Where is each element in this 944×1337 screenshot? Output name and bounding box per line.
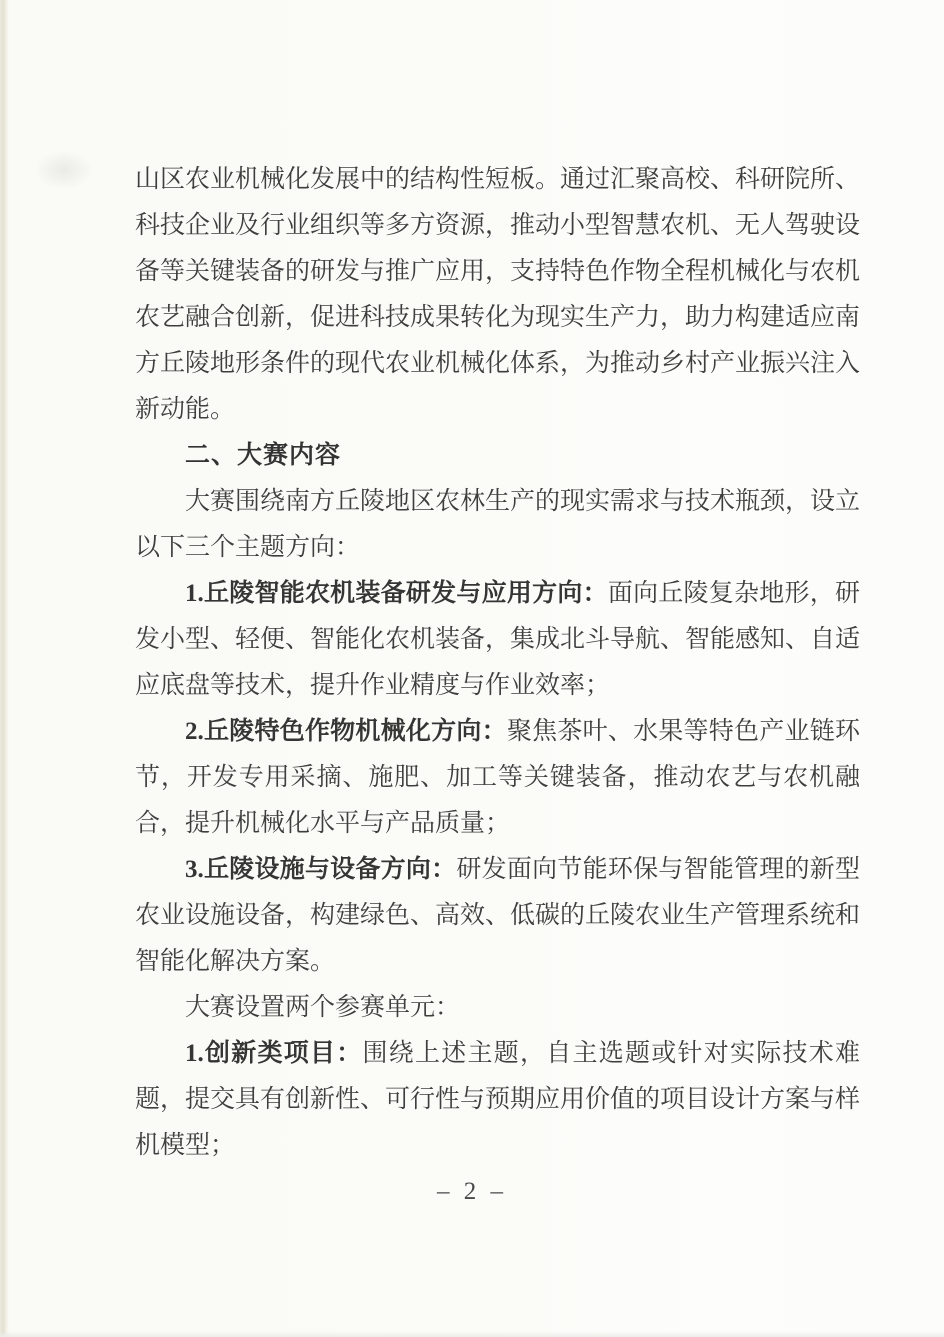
page-bottom-edge (0, 1331, 944, 1337)
paragraph-text: 大赛围绕南方丘陵地区农林生产的现实需求与技术瓶颈，设立以下三个主题方向： (135, 488, 860, 561)
scanned-document-page: 山区农业机械化发展中的结构性短板。通过汇聚高校、科研院所、科技企业及行业组织等多… (0, 0, 944, 1337)
paragraph-text: 大赛设置两个参赛单元： (185, 994, 460, 1021)
body-paragraph: 大赛围绕南方丘陵地区农林生产的现实需求与技术瓶颈，设立以下三个主题方向： (135, 479, 860, 571)
body-paragraph-theme-3: 3.丘陵设施与设备方向：研发面向节能环保与智能管理的新型农业设施设备，构建绿色、… (135, 847, 860, 985)
page-left-edge (0, 0, 9, 1337)
section-heading-text: 二、大赛内容 (185, 442, 341, 469)
document-body: 山区农业机械化发展中的结构性短板。通过汇聚高校、科研院所、科技企业及行业组织等多… (135, 157, 860, 1169)
paragraph-lead-bold: 3.丘陵设施与设备方向： (185, 856, 456, 883)
body-paragraph-unit-1: 1.创新类项目：围绕上述主题，自主选题或针对实际技术难题，提交具有创新性、可行性… (135, 1031, 860, 1169)
page-number: – 2 – (0, 1178, 944, 1206)
paragraph-lead-bold: 2.丘陵特色作物机械化方向： (185, 718, 507, 745)
body-paragraph-theme-2: 2.丘陵特色作物机械化方向：聚焦茶叶、水果等特色产业链环节，开发专用采摘、施肥、… (135, 709, 860, 847)
body-paragraph: 大赛设置两个参赛单元： (135, 985, 860, 1031)
section-heading: 二、大赛内容 (135, 433, 860, 479)
paragraph-text: 山区农业机械化发展中的结构性短板。通过汇聚高校、科研院所、科技企业及行业组织等多… (135, 166, 860, 423)
paragraph-lead-bold: 1.丘陵智能农机装备研发与应用方向： (185, 580, 608, 607)
body-paragraph-theme-1: 1.丘陵智能农机装备研发与应用方向：面向丘陵复杂地形，研发小型、轻便、智能化农机… (135, 571, 860, 709)
scan-blemish (34, 150, 94, 190)
paragraph-lead-bold: 1.创新类项目： (185, 1040, 363, 1067)
body-paragraph-continuation: 山区农业机械化发展中的结构性短板。通过汇聚高校、科研院所、科技企业及行业组织等多… (135, 157, 860, 433)
